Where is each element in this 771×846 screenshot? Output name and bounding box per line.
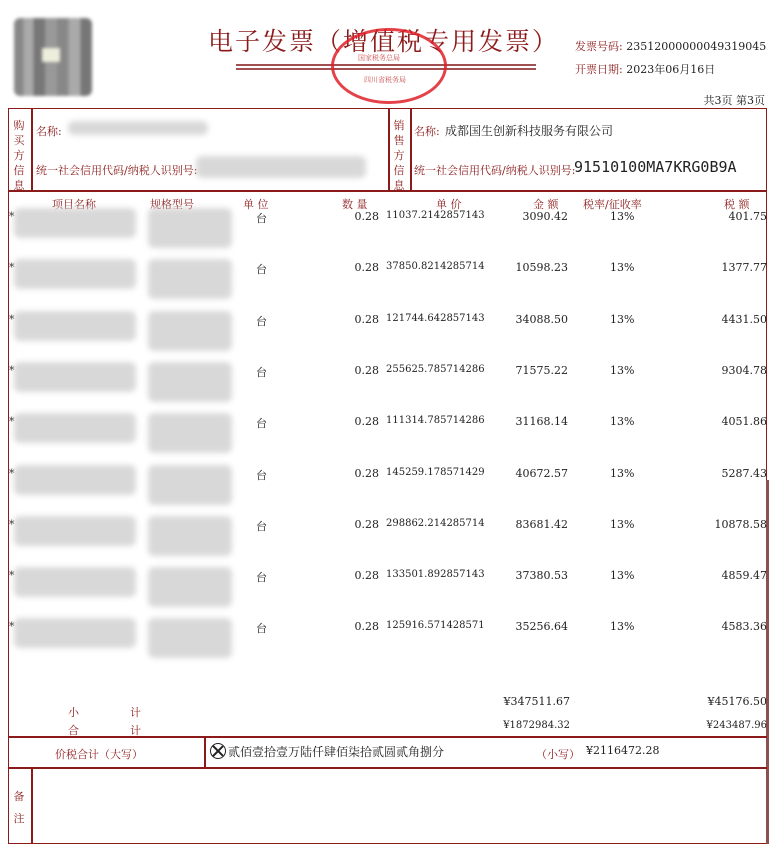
item-spec-redacted — [148, 362, 232, 402]
item-spec-redacted — [148, 311, 232, 351]
item-qty: 0.28 — [355, 261, 380, 274]
divider — [204, 736, 206, 767]
item-amount: 40672.57 — [516, 467, 569, 480]
item-unit: 台 — [256, 313, 267, 329]
item-name-redacted — [14, 413, 136, 443]
item-amount: 34088.50 — [516, 313, 569, 326]
grand-total-small-label: （小写） — [536, 746, 580, 762]
item-unit: 台 — [256, 569, 267, 585]
item-name-redacted — [14, 567, 136, 597]
item-name-redacted — [14, 259, 136, 289]
seal-text-top: 国家税务总局 — [358, 53, 400, 63]
item-price: 145259.178571429 — [386, 467, 485, 478]
item-price: 133501.892857143 — [386, 569, 485, 580]
item-qty: 0.28 — [355, 620, 380, 633]
item-rate: 13% — [610, 620, 634, 633]
item-qty: 0.28 — [355, 313, 380, 326]
item-amount: 31168.14 — [516, 415, 569, 428]
item-tax: 4859.47 — [722, 569, 768, 582]
qr-code — [14, 18, 92, 96]
table-row: *台0.28255625.78571428671575.2213%9304.78 — [0, 364, 771, 384]
invoice-number-label: 发票号码: — [575, 40, 623, 53]
seller-name: 成都国生创新科技服务有限公司 — [445, 122, 613, 139]
item-tax: 5287.43 — [722, 467, 768, 480]
item-price: 125916.571428571 — [386, 620, 485, 631]
invoice-number: 发票号码: 23512000000049319045 — [575, 38, 766, 54]
seller-tax-id: 91510100MA7KRG0B9A — [574, 158, 737, 176]
item-price: 298862.214285714 — [386, 518, 485, 529]
item-unit: 台 — [256, 364, 267, 380]
buyer-tax-id-redacted — [196, 156, 366, 178]
item-tax: 1377.77 — [722, 261, 768, 274]
table-row: *台0.2837850.821428571410598.2313%1377.77 — [0, 261, 771, 281]
divider — [8, 736, 767, 738]
item-unit: 台 — [256, 261, 267, 277]
item-qty: 0.28 — [355, 467, 380, 480]
item-spec-redacted — [148, 618, 232, 658]
table-row: *台0.28111314.78571428631168.1413%4051.86 — [0, 415, 771, 435]
item-name-redacted — [14, 311, 136, 341]
page-indicator: 共3页 第3页 — [704, 92, 766, 108]
item-rate: 13% — [610, 313, 634, 326]
table-row: *台0.28125916.57142857135256.6413%4583.36 — [0, 620, 771, 640]
item-qty: 0.28 — [355, 569, 380, 582]
invoice-date: 开票日期: 2023年06月16日 — [575, 61, 715, 77]
item-unit: 台 — [256, 518, 267, 534]
item-price: 121744.642857143 — [386, 313, 485, 324]
item-price: 255625.785714286 — [386, 364, 485, 375]
item-amount: 35256.64 — [516, 620, 569, 633]
table-row: *台0.28145259.17857142940672.5713%5287.43 — [0, 467, 771, 487]
buyer-section-label: 购买方信息 — [12, 118, 26, 193]
invoice-date-label: 开票日期: — [575, 63, 623, 76]
grand-total-words: 贰佰壹拾壹万陆仟肆佰柒拾贰圆贰角捌分 — [210, 743, 444, 760]
item-name-redacted — [14, 208, 136, 238]
buyer-tax-id-label: 统一社会信用代码/纳税人识别号: — [36, 162, 197, 178]
remarks-label: 备注 — [12, 786, 26, 830]
item-qty: 0.28 — [355, 210, 380, 223]
item-rate: 13% — [610, 569, 634, 582]
total-tax: ¥243487.96 — [707, 720, 767, 731]
tax-seal-stamp: 国家税务总局 四川省税务局 — [331, 28, 447, 104]
item-amount: 3090.42 — [523, 210, 569, 223]
divider — [8, 767, 767, 769]
item-spec-redacted — [148, 413, 232, 453]
item-unit: 台 — [256, 210, 267, 226]
subtotal-amount: ¥347511.67 — [504, 695, 570, 708]
item-name-redacted — [14, 618, 136, 648]
circle-x-icon — [210, 743, 226, 759]
grand-total-small: ¥2116472.28 — [586, 744, 659, 757]
invoice-date-value: 2023年06月16日 — [626, 63, 715, 76]
item-tax: 4051.86 — [722, 415, 768, 428]
seal-text-bottom: 四川省税务局 — [364, 75, 406, 85]
item-rate: 13% — [610, 467, 634, 480]
invoice-number-value: 23512000000049319045 — [626, 40, 766, 53]
seller-section-label: 销售方信息 — [392, 118, 406, 193]
subtotal-tax: ¥45176.50 — [708, 695, 768, 708]
item-qty: 0.28 — [355, 415, 380, 428]
divider — [388, 108, 390, 191]
total-amount: ¥1872984.32 — [503, 720, 570, 731]
item-spec-redacted — [148, 465, 232, 505]
item-price: 11037.2142857143 — [386, 210, 485, 221]
item-spec-redacted — [148, 516, 232, 556]
item-unit: 台 — [256, 467, 267, 483]
table-row: *台0.28121744.64285714334088.5013%4431.50 — [0, 313, 771, 333]
grand-total-label: 价税合计（大写） — [55, 746, 143, 762]
item-tax: 4431.50 — [722, 313, 768, 326]
item-price: 37850.8214285714 — [386, 261, 485, 272]
grand-total-words-text: 贰佰壹拾壹万陆仟肆佰柒拾贰圆贰角捌分 — [228, 745, 444, 759]
item-spec-redacted — [148, 208, 232, 248]
seller-tax-id-label: 统一社会信用代码/纳税人识别号: — [414, 162, 575, 178]
item-tax: 4583.36 — [722, 620, 768, 633]
item-qty: 0.28 — [355, 518, 380, 531]
table-row: *台0.2811037.21428571433090.4213%401.75 — [0, 210, 771, 230]
item-name-redacted — [14, 465, 136, 495]
item-price: 111314.785714286 — [386, 415, 485, 426]
item-rate: 13% — [610, 518, 634, 531]
buyer-name-label: 名称: — [36, 123, 62, 139]
total-label-a: 合 — [68, 722, 79, 738]
item-rate: 13% — [610, 210, 634, 223]
item-amount: 71575.22 — [516, 364, 569, 377]
subtotal-label-a: 小 — [68, 704, 79, 720]
item-spec-redacted — [148, 567, 232, 607]
item-tax: 10878.58 — [715, 518, 768, 531]
item-amount: 37380.53 — [516, 569, 569, 582]
item-qty: 0.28 — [355, 364, 380, 377]
divider — [410, 108, 412, 191]
item-amount: 10598.23 — [516, 261, 569, 274]
buyer-name-redacted — [68, 121, 208, 135]
seller-name-label: 名称: — [414, 123, 440, 139]
table-row: *台0.28133501.89285714337380.5313%4859.47 — [0, 569, 771, 589]
subtotal-label-b: 计 — [130, 704, 141, 720]
item-name-redacted — [14, 516, 136, 546]
item-unit: 台 — [256, 620, 267, 636]
item-rate: 13% — [610, 415, 634, 428]
item-spec-redacted — [148, 259, 232, 299]
total-label-b: 计 — [130, 722, 141, 738]
item-amount: 83681.42 — [516, 518, 569, 531]
item-rate: 13% — [610, 364, 634, 377]
item-name-redacted — [14, 362, 136, 392]
item-tax: 9304.78 — [722, 364, 768, 377]
divider — [31, 108, 33, 191]
table-row: *台0.28298862.21428571483681.4213%10878.5… — [0, 518, 771, 538]
divider — [31, 767, 33, 844]
item-unit: 台 — [256, 415, 267, 431]
item-tax: 401.75 — [729, 210, 768, 223]
item-rate: 13% — [610, 261, 634, 274]
